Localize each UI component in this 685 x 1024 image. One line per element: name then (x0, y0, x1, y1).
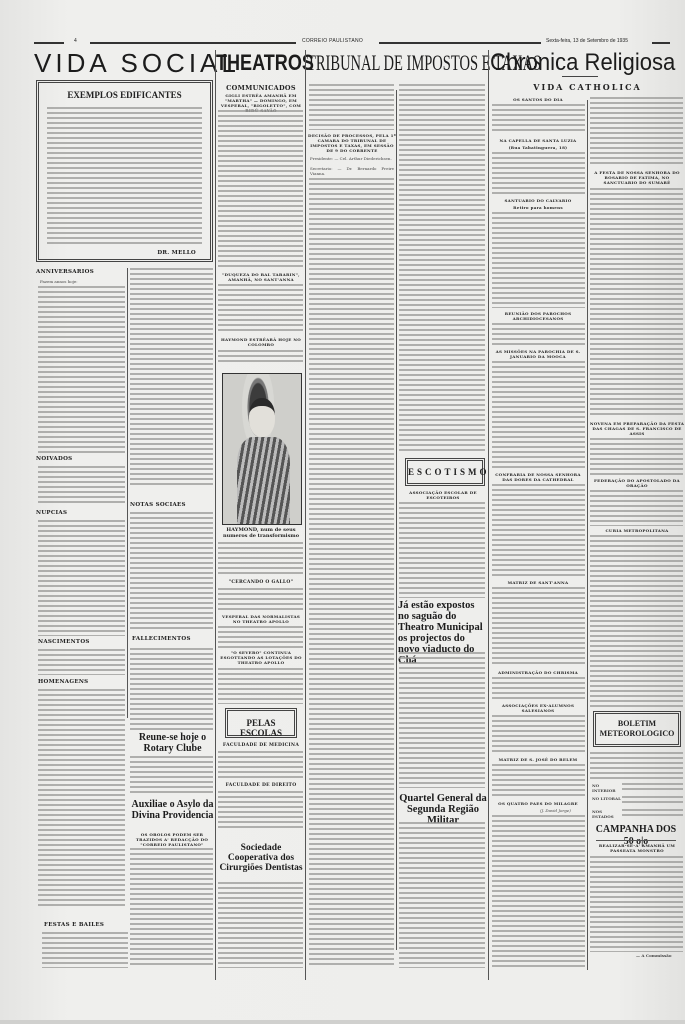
curia-text (590, 535, 683, 707)
photo-caption: HAYMOND, num de seus numeros de transfor… (220, 527, 302, 539)
column-rule (488, 50, 489, 980)
box-body-text (47, 107, 202, 247)
subhead-confraria: CONFRARIA DE NOSSA SENHORA DAS DORES DA … (490, 472, 586, 482)
fatima-text (590, 188, 683, 418)
reuniao-text (492, 323, 585, 347)
photo-face (249, 398, 276, 437)
tribunal-presidente: Presidente: — Cel. Arthur Diederichsen. (310, 156, 394, 161)
title-underline (562, 76, 598, 77)
subhead-santa-luzia: NA CAPELLA DE SANTA LUZIA (490, 138, 586, 143)
tribunal-col2-text (399, 84, 485, 454)
subhead-reuniao: REUNIÃO DOS PAROCHOS ARCHIDIOCESANOS (490, 311, 586, 321)
confraria-text (492, 484, 585, 578)
subhead-belem: MATRIZ DE S. JOSÉ DO BELEM (490, 757, 586, 762)
theatros-item-duqueza: "DUQUEZA DO BAL TABARIN", AMANHÃ, NO SAN… (218, 272, 304, 282)
subhead-sant-anna: MATRIZ DE SANT'ANNA (490, 580, 586, 585)
box-author: DR. MELLO (157, 250, 196, 256)
subhead-santos: OS SANTOS DO DIA (490, 97, 586, 102)
campanha-subhead: REALIZAR-SE-A' AMANHÃ UM PASSEATA MONSTR… (589, 843, 685, 853)
litoral-text (622, 796, 683, 806)
vida-catholica-title: VIDA CATHOLICA (490, 82, 685, 92)
quartel-text (399, 822, 485, 968)
subhead-ex-alumnos: ASSOCIAÇÕES EX-ALUMNOS SALESIANOS (490, 703, 586, 713)
duqueza-text (218, 284, 303, 334)
subhead-missoes: AS MISSÕES NA PAROCHIA DE S. JANUARIO DA… (490, 349, 586, 359)
column-rule (587, 100, 588, 970)
subhead-homenagens: HOMENAGENS (38, 679, 88, 685)
calvario-text (492, 212, 585, 308)
haymond-text-2 (218, 542, 303, 576)
boletim-title: BOLETIM METEOROLOGICO (598, 719, 676, 739)
escotismo-subhead: ASSOCIAÇÃO ESCOLAR DE ESCOTEIROS (400, 490, 486, 500)
box-title: EXEMPLOS EDIFICANTES (39, 90, 210, 100)
pelas-escolas-title: PELAS ESCOLAS (228, 718, 294, 738)
subhead-calvario: SANTUARIO DO CALVARIO (490, 198, 586, 203)
faculdade-direito: FACULDADE DE DIREITO (218, 783, 304, 788)
campanha-text (590, 856, 683, 952)
sant-anna-text (492, 587, 585, 667)
anniversarios-lead: Fazem annos hoje: (40, 279, 126, 284)
theatros-item-severo: "O SEVERO" CONTINUA ESGOTTANDO AS LOTAÇÕ… (218, 650, 304, 665)
column-rule (127, 268, 128, 718)
subhead-novena: NOVENA EM PREPARAÇÃO DA FESTA DAS CHAGAS… (589, 421, 685, 436)
anniversarios-text (38, 286, 125, 454)
fallecimentos-text (130, 648, 213, 732)
haymond-photo (222, 373, 302, 525)
chrisma-text (492, 677, 585, 701)
pelas-escolas-box: PELAS ESCOLAS (225, 708, 297, 738)
column-rule (396, 90, 397, 950)
notas-sociaes-text (130, 512, 213, 630)
ex-alumnos-text (492, 715, 585, 755)
haymond-text (218, 350, 303, 364)
subhead-nupcias: NUPCIAS (36, 510, 67, 516)
homenagens-text (38, 689, 125, 909)
faculdade-medicina: FACULDADE DE MEDICINA (218, 743, 304, 748)
subhead-fallecimentos: FALLECIMENTOS (132, 636, 191, 642)
boletim-text (590, 752, 683, 782)
exemplos-edificantes-box: EXEMPLOS EDIFICANTES DR. MELLO (36, 80, 213, 262)
belem-text (492, 764, 585, 798)
cercando-text (218, 588, 303, 612)
section-title-theatros: THEATROS (216, 48, 288, 78)
newspaper-page: 4 CORREIO PAULISTANO Sexta-feira, 13 de … (0, 0, 685, 1024)
theatros-item-haymond: HAYMOND ESTRÉARÁ HOJE NO COLOMBO (218, 337, 304, 347)
subhead-retiro: Retiro para homens (490, 205, 586, 210)
escotismo-title: ESCOTISMO (408, 467, 482, 477)
tribunal-col1-text (309, 178, 394, 968)
section-title-vida-social: VIDA SOCIAL (34, 48, 214, 78)
quatro-paes-text (492, 815, 585, 967)
cooperativa-headline: Sociedade Cooperativa dos Cirurgiões Den… (218, 844, 304, 874)
masthead-rule (34, 42, 64, 44)
medicina-text (218, 751, 303, 781)
subhead-nascimentos: NASCIMENTOS (38, 639, 90, 645)
federacao-text (590, 490, 683, 526)
issue-date: Sexta-feira, 13 de Setembro de 1935 (546, 38, 628, 44)
masthead: 4 CORREIO PAULISTANO Sexta-feira, 13 de … (34, 38, 670, 48)
column-rule (215, 50, 216, 980)
chronica-col2-text (590, 97, 683, 167)
theatros-item-cercando: "CERCANDO O GALLO" (218, 580, 304, 585)
boletim-box: BOLETIM METEOROLOGICO (593, 711, 681, 747)
severo-text (218, 668, 303, 704)
boletim-estados: NOS ESTADOS (592, 809, 622, 819)
page-number: 4 (74, 38, 77, 44)
quatro-paes-author: (J. David Jorge) (540, 808, 586, 813)
cooperativa-text (218, 882, 303, 968)
section-title-tribunal: TRIBUNAL DE IMPOSTOS E TAXAS (307, 48, 426, 78)
tribunal-intro-text (309, 84, 394, 130)
masthead-rule (652, 42, 670, 44)
subhead-curia: CURIA METROPOLITANA (589, 528, 685, 533)
subhead-quatro-paes: OS QUATRO PAES DO MILAGRE (490, 801, 586, 806)
boletim-interior: NO INTERIOR (592, 783, 622, 793)
subhead-federacao: FEDERAÇÃO DO APOSTOLADO DA ORAÇÃO (589, 478, 685, 488)
scan-edge (0, 1020, 685, 1024)
communicados-title: COMMUNICADOS (218, 84, 304, 92)
masthead-rule (379, 42, 541, 44)
asylo-headline: Auxiliae o Asylo da Divina Providencia (130, 800, 215, 821)
subhead-noivados: NOIVADOS (36, 456, 72, 462)
subhead-chrisma: ADMINISTRAÇÃO DO CHRISMA (490, 670, 586, 675)
paper-name: CORREIO PAULISTANO (302, 38, 363, 44)
campanha-signature: — A Commissão (636, 953, 684, 958)
estados-text (622, 809, 683, 819)
subhead-anniversarios: ANNIVERSARIOS (36, 269, 94, 275)
boletim-litoral: NO LITORAL (592, 796, 622, 801)
masthead-rule (90, 42, 296, 44)
photo-figure (237, 437, 290, 524)
asylo-text (130, 848, 213, 968)
theatros-item-normalistas: VESPERAL DAS NORMALISTAS NO THEATRO APOL… (218, 614, 304, 624)
tribunal-secretario: Secretario: — Dr. Bernardo Freire Vianna… (310, 166, 394, 176)
normalistas-text (218, 626, 303, 648)
festas-text (42, 932, 128, 968)
subhead-notas-sociaes: NOTAS SOCIAES (130, 502, 186, 508)
rotary-text (130, 756, 213, 796)
nascimentos-text (38, 649, 125, 675)
escotismo-box: ESCOTISMO (405, 458, 485, 486)
interior-text (622, 783, 683, 793)
divider (596, 840, 676, 841)
escotismo-text (399, 502, 485, 598)
column-rule (305, 50, 306, 980)
vida-social-col2-text (130, 268, 213, 488)
subhead-santa-luzia-addr: (Rua Tabatinguera, 18) (490, 145, 586, 150)
subhead-fatima: A FESTA DE NOSSA SENHORA DO ROSARIO DE F… (589, 170, 685, 185)
tribunal-decisao-head: DECISÃO DE PROCESSOS, PELA 1ª CAMARA DO … (308, 133, 396, 153)
gigli-text (218, 110, 303, 270)
subhead-festas-e-bailes: FESTAS E BAILES (44, 922, 104, 928)
direito-text (218, 791, 303, 829)
santos-text (492, 104, 585, 134)
santa-luzia-text (492, 152, 585, 194)
asylo-subhead: OS OBOLOS PODEM SER TRAZIDOS A' REDACÇÃO… (132, 832, 212, 847)
nupcias-text (38, 520, 125, 636)
noivados-text (38, 466, 125, 506)
missoes-text (492, 361, 585, 469)
section-title-chronica: Chronica Religiosa (490, 48, 665, 78)
viaducto-text (399, 652, 485, 788)
novena-text (590, 438, 683, 476)
rotary-headline: Reune-se hoje o Rotary Clube (130, 733, 215, 754)
